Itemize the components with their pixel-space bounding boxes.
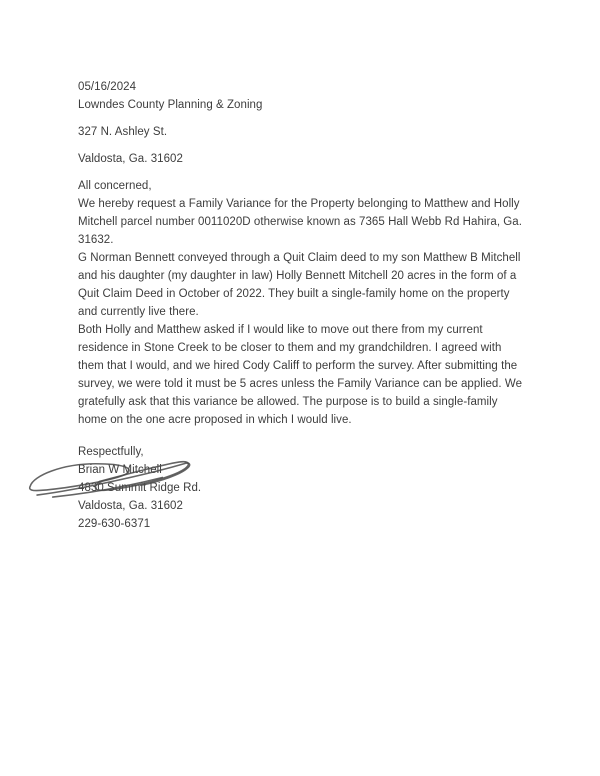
body-paragraph-2: G Norman Bennett conveyed through a Quit…: [78, 249, 528, 321]
sender-city: Valdosta, Ga. 31602: [78, 497, 528, 515]
body-paragraph-3: Both Holly and Matthew asked if I would …: [78, 321, 528, 429]
recipient-street: 327 N. Ashley St.: [78, 123, 528, 141]
scanned-letter-page: 05/16/2024 Lowndes County Planning & Zon…: [0, 0, 600, 776]
recipient-address-block: Lowndes County Planning & Zoning 327 N. …: [78, 96, 528, 168]
signature-block: Respectfully, Brian W Mitchell 4830 Summ…: [78, 443, 528, 533]
salutation: All concerned,: [78, 177, 528, 195]
letter-date: 05/16/2024: [78, 78, 528, 96]
body-paragraph-1: We hereby request a Family Variance for …: [78, 195, 528, 249]
sender-street: 4830 Summit Ridge Rd.: [78, 479, 528, 497]
sender-phone: 229-630-6371: [78, 515, 528, 533]
closing-line: Respectfully,: [78, 443, 528, 461]
recipient-city: Valdosta, Ga. 31602: [78, 150, 528, 168]
sender-name: Brian W Mitchell: [78, 461, 528, 479]
letter-content: 05/16/2024 Lowndes County Planning & Zon…: [78, 78, 528, 533]
recipient-name: Lowndes County Planning & Zoning: [78, 96, 528, 114]
